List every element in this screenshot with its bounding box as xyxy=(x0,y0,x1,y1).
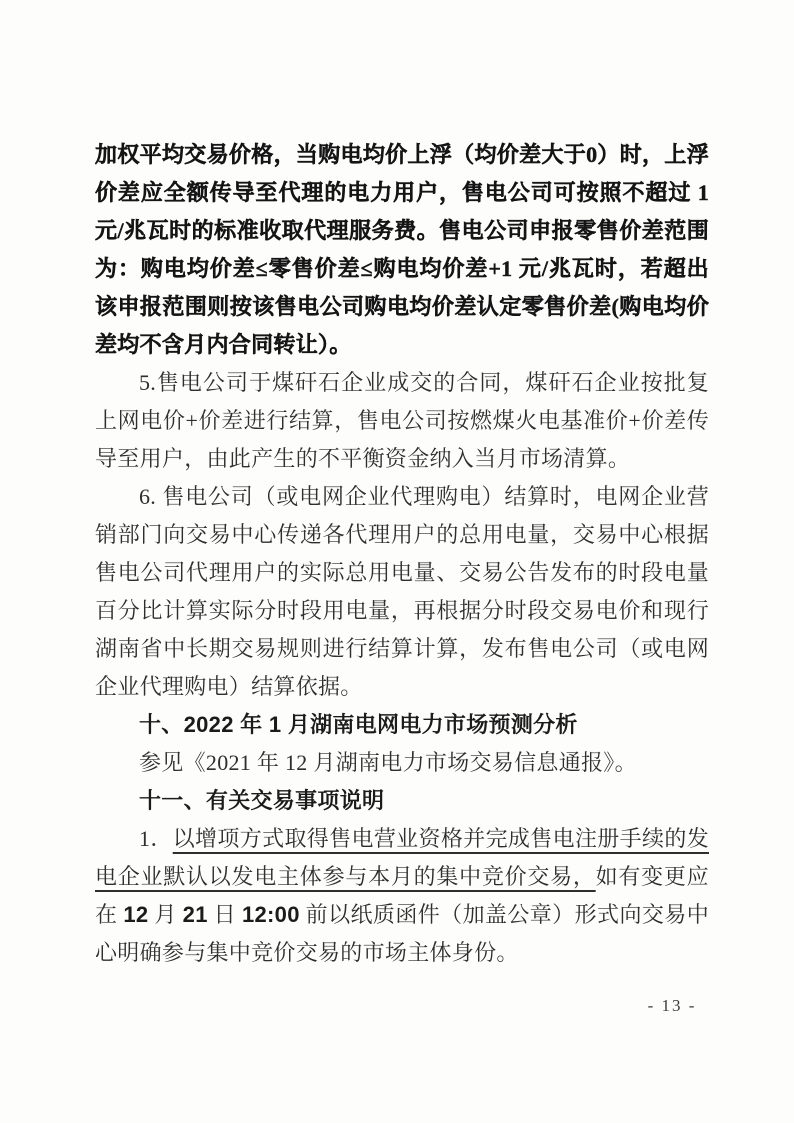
text-run: 加权平均交易价格，当购电均价上浮（均价差大于0）时，上浮价差应全额传导至代理的电… xyxy=(95,142,709,357)
paragraph-continuation-bold: 加权平均交易价格，当购电均价上浮（均价差大于0）时，上浮价差应全额传导至代理的电… xyxy=(95,136,709,364)
paragraph-item-1: 1．以增项方式取得售电营业资格并完成售电注册手续的发电企业默认以发电主体参与本月… xyxy=(95,820,709,972)
paragraph-item-5: 5.售电公司于煤矸石企业成交的合同，煤矸石企业按批复上网电价+价差进行结算，售电… xyxy=(95,364,709,478)
text-run: 5.售电公司于煤矸石企业成交的合同，煤矸石企业按批复上网电价+价差进行结算，售电… xyxy=(95,370,709,471)
text-run: 1． xyxy=(139,826,173,851)
section-heading-10: 十、2022 年 1 月湖南电网电力市场预测分析 xyxy=(95,706,709,744)
text-run: 十一、有关交易事项说明 xyxy=(139,788,384,813)
paragraph-item-6: 6. 售电公司（或电网企业代理购电）结算时，电网企业营销部门向交易中心传递各代理… xyxy=(95,478,709,706)
document-page: 加权平均交易价格，当购电均价上浮（均价差大于0）时，上浮价差应全额传导至代理的电… xyxy=(0,0,794,1123)
section-heading-11: 十一、有关交易事项说明 xyxy=(95,782,709,820)
text-run: 月 xyxy=(148,902,182,927)
text-run: 日 xyxy=(208,902,242,927)
text-run: 参见《2021 年 12 月湖南电力市场交易信息通报》。 xyxy=(139,750,637,775)
text-run-num-bold: 12:00 xyxy=(242,902,300,927)
text-run-num-bold: 12 xyxy=(123,902,148,927)
text-run-num-bold: 21 xyxy=(183,902,208,927)
document-content: 加权平均交易价格，当购电均价上浮（均价差大于0）时，上浮价差应全额传导至代理的电… xyxy=(95,136,709,972)
paragraph-reference: 参见《2021 年 12 月湖南电力市场交易信息通报》。 xyxy=(95,744,709,782)
page-number: - 13 - xyxy=(636,996,708,1016)
text-run: 十、2022 年 1 月湖南电网电力市场预测分析 xyxy=(139,712,578,737)
text-run: 6. 售电公司（或电网企业代理购电）结算时，电网企业营销部门向交易中心传递各代理… xyxy=(95,484,709,699)
